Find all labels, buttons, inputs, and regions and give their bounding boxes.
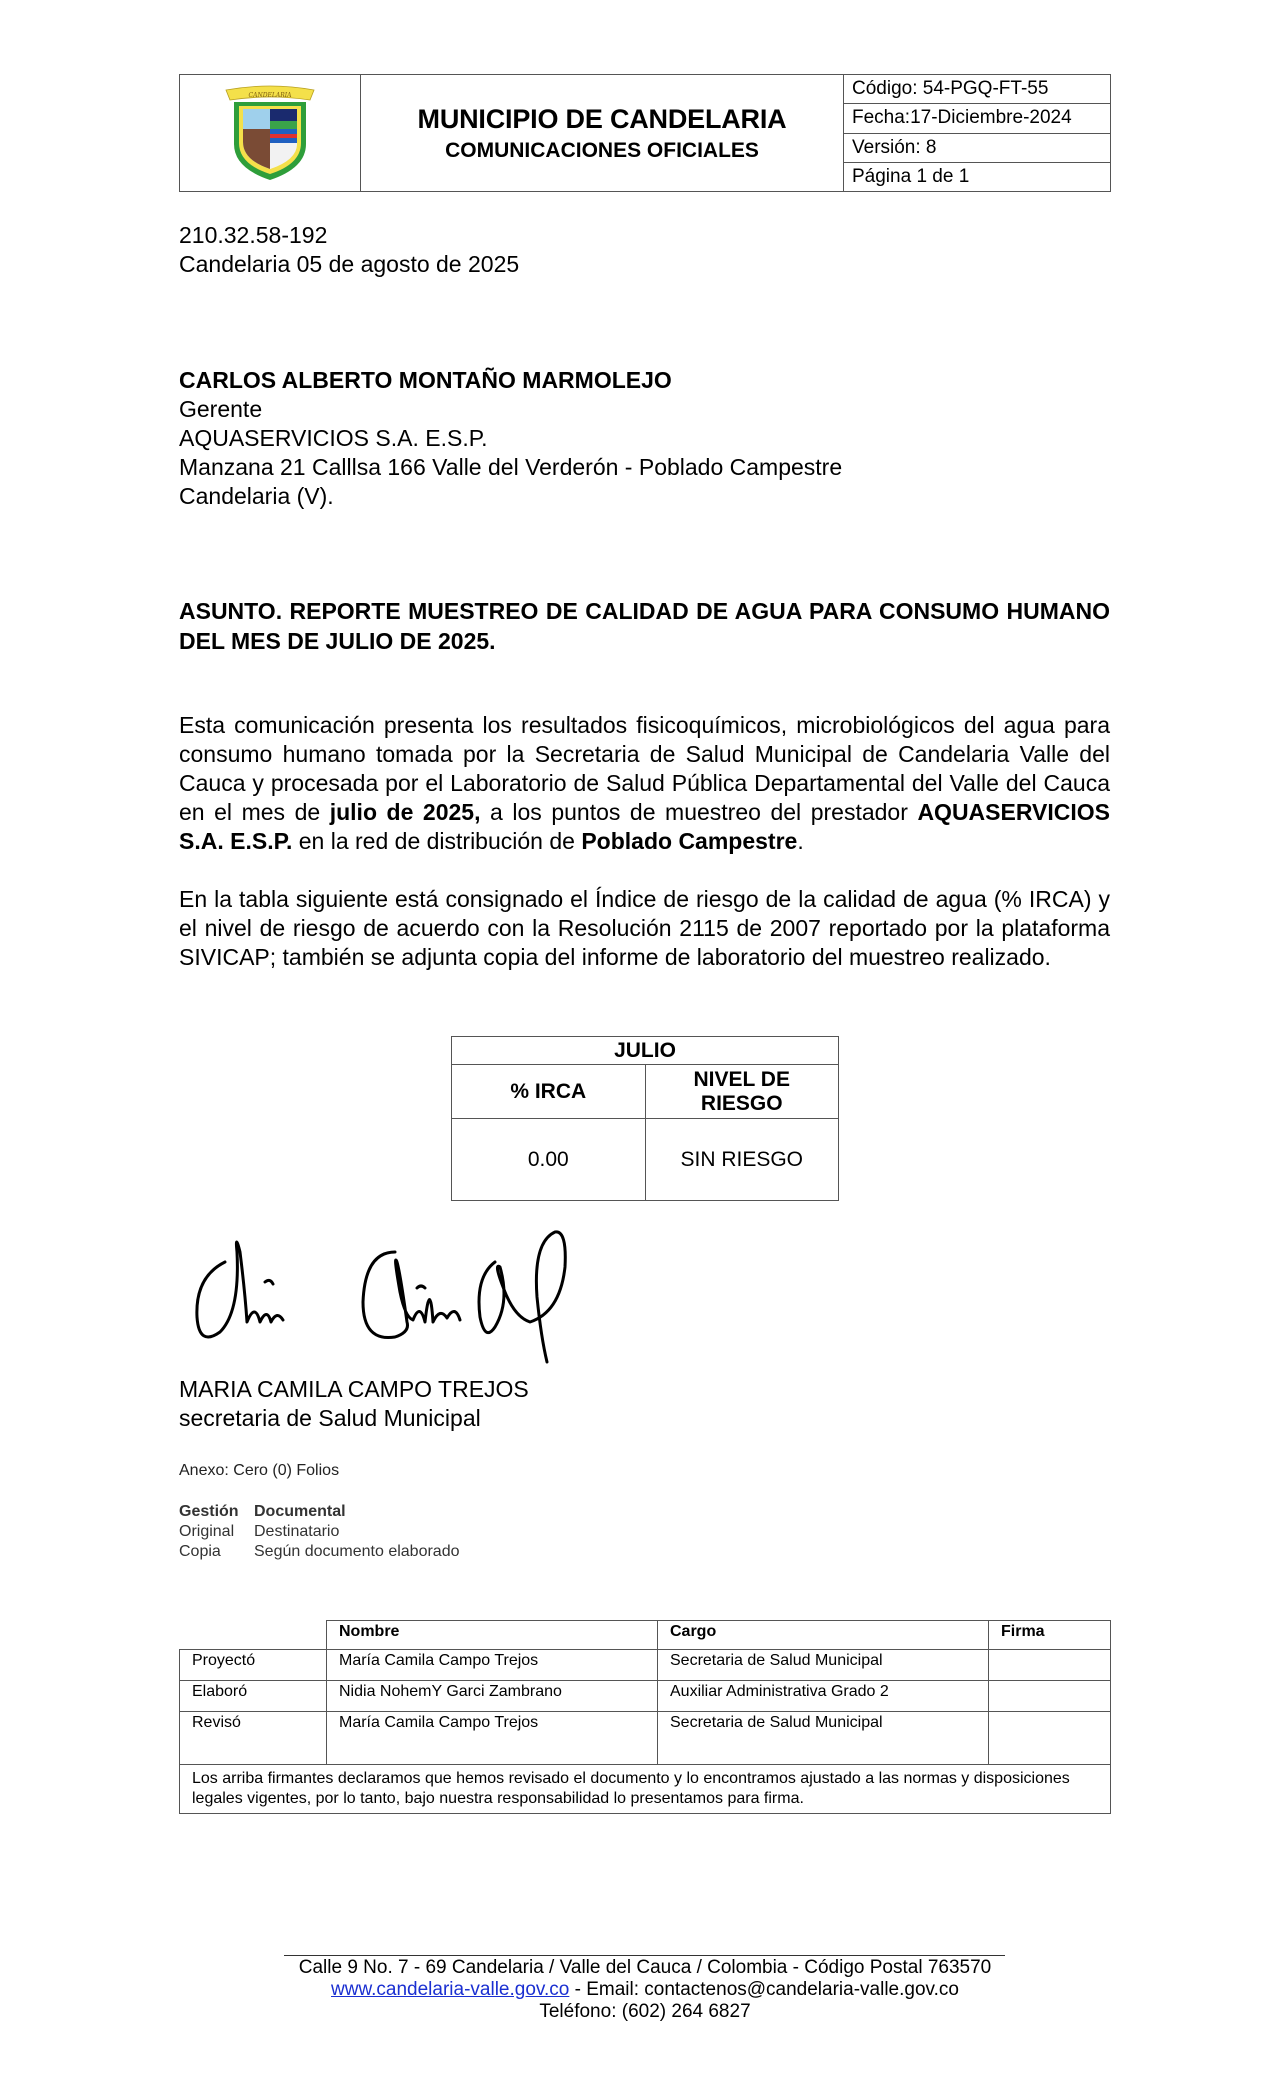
approval-name: Nidia NohemY Garci Zambrano <box>327 1681 658 1712</box>
gestion-key: Copia <box>179 1542 254 1562</box>
document-metadata: Código: 54-PGQ-FT-55 Fecha:17-Diciembre-… <box>844 75 1110 191</box>
p1-bold-month: julio de 2025, <box>330 799 481 825</box>
signer-name: MARIA CAMILA CAMPO TREJOS <box>179 1375 529 1404</box>
table-row: Proyectó María Camila Campo Trejos Secre… <box>180 1650 1111 1681</box>
approval-header-signature: Firma <box>989 1621 1111 1650</box>
approval-action: Proyectó <box>180 1650 327 1681</box>
gestion-header-label: Gestión <box>179 1502 254 1522</box>
handwritten-signature-icon <box>185 1222 605 1372</box>
gestion-row-original: Original Destinatario <box>179 1522 460 1542</box>
footer-email: - Email: contactenos@candelaria-valle.go… <box>569 1979 959 2000</box>
body-paragraph-1: Esta comunicación presenta los resultado… <box>179 711 1110 856</box>
gestion-row-copia: Copia Según documento elaborado <box>179 1542 460 1562</box>
p1-text-3: en la red de distribución de <box>292 828 581 854</box>
recipient-role: Gerente <box>179 395 842 424</box>
risk-col-header: NIVEL DE RIESGO <box>645 1065 839 1119</box>
doc-page: Página 1 de 1 <box>844 163 1110 191</box>
municipal-shield-logo-icon: CANDELARIA <box>222 84 318 182</box>
approval-header-name: Nombre <box>327 1621 658 1650</box>
table-row: Revisó María Camila Campo Trejos Secreta… <box>180 1712 1111 1765</box>
document-management-block: Gestión Documental Original Destinatario… <box>179 1502 460 1562</box>
approval-signature <box>989 1712 1111 1765</box>
approval-name: María Camila Campo Trejos <box>327 1650 658 1681</box>
footer-contact-line: www.candelaria-valle.gov.co - Email: con… <box>179 1979 1111 2001</box>
approval-role: Auxiliar Administrativa Grado 2 <box>658 1681 989 1712</box>
irca-col-header: % IRCA <box>452 1065 646 1119</box>
annex-note: Anexo: Cero (0) Folios <box>179 1462 339 1480</box>
approval-header-row: Nombre Cargo Firma <box>180 1621 1111 1650</box>
signer-block: MARIA CAMILA CAMPO TREJOS secretaria de … <box>179 1375 529 1433</box>
approval-role: Secretaria de Salud Municipal <box>658 1650 989 1681</box>
irca-month-header: JULIO <box>452 1037 839 1065</box>
recipient-address: Manzana 21 Calllsa 166 Valle del Verderó… <box>179 453 842 482</box>
irca-table: JULIO % IRCA NIVEL DE RIESGO 0.00 SIN RI… <box>451 1036 839 1201</box>
recipient-city: Candelaria (V). <box>179 482 842 511</box>
doc-code: Código: 54-PGQ-FT-55 <box>844 75 1110 104</box>
approval-header-blank <box>180 1621 327 1650</box>
approval-name: María Camila Campo Trejos <box>327 1712 658 1765</box>
footer-address: Calle 9 No. 7 - 69 Candelaria / Valle de… <box>179 1957 1111 1979</box>
body-paragraph-2: En la tabla siguiente está consignado el… <box>179 885 1110 972</box>
p1-bold-location: Poblado Campestre <box>581 828 797 854</box>
reference-number: 210.32.58-192 <box>179 221 519 250</box>
risk-header-line-1: NIVEL DE <box>646 1068 839 1092</box>
gestion-header-value: Documental <box>254 1502 346 1522</box>
table-row: Elaboró Nidia NohemY Garci Zambrano Auxi… <box>180 1681 1111 1712</box>
recipient-company: AQUASERVICIOS S.A. E.S.P. <box>179 424 842 453</box>
svg-text:CANDELARIA: CANDELARIA <box>249 92 293 99</box>
gestion-value: Destinatario <box>254 1522 339 1542</box>
website-link[interactable]: www.candelaria-valle.gov.co <box>331 1979 569 2000</box>
footer-phone: Teléfono: (602) 264 6827 <box>179 2001 1111 2023</box>
document-header: CANDELARIA MUNICIPIO DE CANDELARIA COMUN… <box>179 74 1111 192</box>
reference-block: 210.32.58-192 Candelaria 05 de agosto de… <box>179 221 519 279</box>
municipality-title: MUNICIPIO DE CANDELARIA <box>418 104 787 135</box>
approval-header-role: Cargo <box>658 1621 989 1650</box>
gestion-header: Gestión Documental <box>179 1502 460 1522</box>
place-date: Candelaria 05 de agosto de 2025 <box>179 250 519 279</box>
risk-header-line-2: RIESGO <box>646 1092 839 1116</box>
approval-signature <box>989 1650 1111 1681</box>
approval-table: Nombre Cargo Firma Proyectó María Camila… <box>179 1620 1111 1814</box>
recipient-name: CARLOS ALBERTO MONTAÑO MARMOLEJO <box>179 366 842 395</box>
signer-title: secretaria de Salud Municipal <box>179 1404 529 1433</box>
approval-role: Secretaria de Salud Municipal <box>658 1712 989 1765</box>
irca-value: 0.00 <box>452 1119 646 1201</box>
recipient-block: CARLOS ALBERTO MONTAÑO MARMOLEJO Gerente… <box>179 366 842 511</box>
subject-line: ASUNTO. REPORTE MUESTREO DE CALIDAD DE A… <box>179 596 1110 656</box>
p1-text-2: a los puntos de muestreo del prestador <box>480 799 917 825</box>
document-type-subtitle: COMUNICACIONES OFICIALES <box>445 139 759 163</box>
doc-date: Fecha:17-Diciembre-2024 <box>844 104 1110 133</box>
approval-action: Elaboró <box>180 1681 327 1712</box>
p1-text-4: . <box>797 828 803 854</box>
gestion-value: Según documento elaborado <box>254 1542 460 1562</box>
doc-version: Versión: 8 <box>844 134 1110 163</box>
declaration-row: Los arriba firmantes declaramos que hemo… <box>180 1765 1111 1814</box>
header-title-cell: MUNICIPIO DE CANDELARIA COMUNICACIONES O… <box>361 75 844 191</box>
footer-divider <box>284 1955 1005 1956</box>
risk-level-value: SIN RIESGO <box>645 1119 839 1201</box>
page-footer: Calle 9 No. 7 - 69 Candelaria / Valle de… <box>179 1957 1111 2023</box>
logo-cell: CANDELARIA <box>180 75 361 191</box>
approval-declaration: Los arriba firmantes declaramos que hemo… <box>180 1765 1111 1814</box>
approval-signature <box>989 1681 1111 1712</box>
approval-action: Revisó <box>180 1712 327 1765</box>
gestion-key: Original <box>179 1522 254 1542</box>
